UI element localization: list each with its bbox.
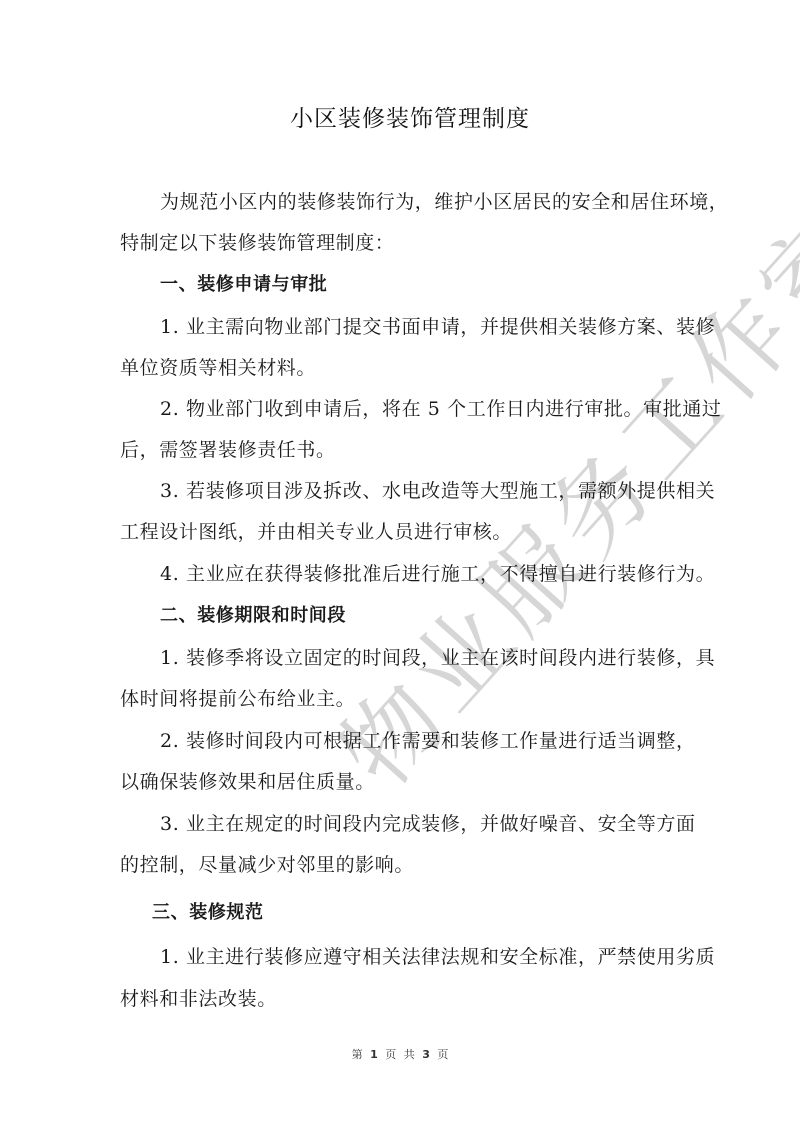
section-2-item-3-line-2: 的控制，尽量减少对邻里的影响。: [120, 853, 414, 877]
document-title: 小区装修装饰管理制度: [120, 100, 690, 133]
total-pages-number: 3: [422, 1048, 430, 1061]
intro-line-2: 特制定以下装修装饰管理制度：: [120, 231, 394, 255]
intro-line-1: 为规范小区内的装修装饰行为，维护小区居民的安全和居住环境，: [160, 190, 728, 214]
section-3-item-1-line-2: 材料和非法改装。: [120, 987, 277, 1011]
section-1-item-1-line-2: 单位资质等相关材料。: [120, 356, 316, 380]
section-1-item-1-line-1: 1. 业主需向物业部门提交书面申请，并提供相关装修方案、装修: [160, 315, 715, 339]
footer-suffix: 页: [437, 1048, 448, 1061]
footer-prefix: 第: [352, 1048, 363, 1061]
section-1-item-4-line-1: 4. 主业应在获得装修批准后进行施工，不得擅自进行装修行为。: [160, 562, 715, 586]
footer-middle: 页 共: [385, 1048, 415, 1061]
section-1-item-2-line-2: 后，需签署装修责任书。: [120, 438, 336, 462]
section-1-item-3-line-1: 3. 若装修项目涉及拆改、水电改造等大型施工，需额外提供相关: [160, 479, 715, 503]
section-1-item-3-line-2: 工程设计图纸，并由相关专业人员进行审核。: [120, 520, 512, 544]
section-heading-1: 一、装修申请与审批: [160, 273, 327, 297]
section-2-item-2-line-1: 2. 装修时间段内可根据工作需要和装修工作量进行适当调整，: [160, 729, 696, 753]
section-heading-2: 二、装修期限和时间段: [160, 604, 346, 628]
document-page: 物业服务工作室 小区装修装饰管理制度 为规范小区内的装修装饰行为，维护小区居民的…: [0, 0, 800, 1131]
section-3-item-1-line-1: 1. 业主进行装修应遵守相关法律法规和安全标准，严禁使用劣质: [160, 945, 715, 969]
section-heading-3: 三、装修规范: [152, 901, 264, 925]
section-2-item-3-line-1: 3. 业主在规定的时间段内完成装修，并做好噪音、安全等方面: [160, 812, 696, 836]
section-2-item-2-line-2: 以确保装修效果和居住质量。: [120, 770, 375, 794]
page-footer: 第 1 页 共 3 页: [0, 1046, 800, 1062]
section-2-item-1-line-1: 1. 装修季将设立固定的时间段，业主在该时间段内进行装修，具: [160, 646, 715, 670]
current-page-number: 1: [370, 1048, 378, 1061]
section-2-item-1-line-2: 体时间将提前公布给业主。: [120, 687, 355, 711]
section-1-item-2-line-1: 2. 物业部门收到申请后，将在 5 个工作日内进行审批。审批通过: [160, 397, 722, 421]
